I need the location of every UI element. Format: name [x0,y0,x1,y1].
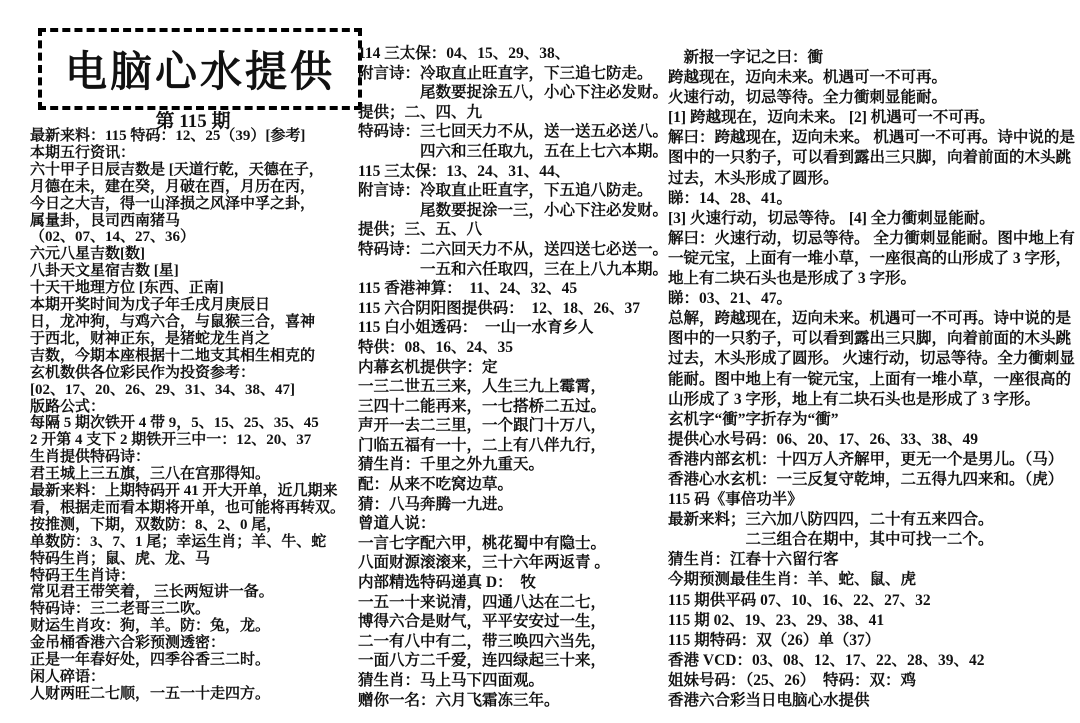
text-line: 特码诗：三七回天力不从，送一送五必送八。 [358,122,670,142]
text-line: 内部精选特码递真 D： 牧 [358,573,670,593]
text-line: 二一有八中有二，带三唤四六当先， [358,632,670,652]
text-line: 二三组合在期中，其中可找一二个。 [668,530,1080,550]
text-line: 姐妹号码：（25、26） 特码：双：鸡 [668,671,1080,691]
text-line: 115 香港神算： 11、24、32、45 [358,279,670,299]
text-line: 115 三太保：13、24、31、44、 [358,162,670,182]
page-title: 电脑心水提供 [65,39,335,99]
text-line: 提供；二、四、九 [358,103,670,123]
text-line: 博得六合是财气，平平安安过一生， [358,612,670,632]
text-line: 内幕玄机提供字：定 [358,358,670,378]
text-line: 115 六合阴阳图提供码： 12、18、26、37 [358,299,670,319]
text-line: [3] 火速行动，切忌等待。 [4] 全力衝刺显能耐。 [668,209,1080,229]
text-line: 火速行动，切忌等待。全力衝刺显能耐。 [668,88,1080,108]
text-line: 解曰：跨越现在，迈向未来。 机遇可一不可再。诗中说的是 [668,128,1080,148]
text-line: 属量卦，艮司西南猪马 [30,213,360,230]
text-line: 最新来料：115 特码：12、25（39）[参考] [30,128,360,145]
text-line: 六十甲子日辰吉数是 [天道行乾，天德在子， [30,162,360,179]
text-line: 八面财源滚滚来，三十六年两返青 。 [358,553,670,573]
text-line: 君王城上三五旗，三八在宫那得知。 [30,466,360,483]
text-line: 提供；三、五、八 [358,220,670,240]
text-line: 115 白小姐透码： 一山一水育乡人 [358,318,670,338]
text-line: 人财两旺二七顺，一五一十走四方。 [30,686,360,703]
text-line: 生肖提供特码诗： [30,449,360,466]
text-line: 115 期特码：双（26）单（37） [668,631,1080,651]
text-line: 按推测，下期，双数防：8、2、0 尾， [30,517,360,534]
text-line: 今日之大吉，得一山泽损之风泽中孚之卦， [30,196,360,213]
text-line: 财运生肖攻：狗，羊。防：兔，龙。 [30,618,360,635]
text-line: 玄机字“衝”字折存为“衝” [668,410,1080,430]
text-line: 特码诗：三二老哥三二吹。 [30,601,360,618]
text-line: 猜生肖：江春十六留行客 [668,550,1080,570]
text-line: 一面八方二千爱，连四绿起三十来， [358,651,670,671]
text-line: 版路公式： [30,399,360,416]
text-line: 地上有二块石头也是形成了 3 字形。 [668,269,1080,289]
text-line: 于西北，财神正东，是猪蛇龙生肖之 [30,331,360,348]
text-line: 附言诗：冷取直止旺直字，下三追七防走。 [358,64,670,84]
text-line: 今期预测最佳生肖：羊、蛇、鼠、虎 [668,570,1080,590]
text-line: 月德在未，建在癸，月破在酉，月历在丙， [30,179,360,196]
text-line: 115 期供平码 07、10、16、22、27、32 [668,591,1080,611]
text-line: 图中的一只豹子，可以看到露出三只脚，向着前面的木头跳 [668,148,1080,168]
text-line: 2 开第 4 支下 2 期铁开三中一：12、20、37 [30,432,360,449]
middle-column: 114 三太保：04、15、29、38、附言诗：冷取直止旺直字，下三追七防走。 … [358,44,670,710]
text-line: 三四十二能再来，一七搭桥二五过。 [358,397,670,417]
text-line: 特码王生肖诗： [30,568,360,585]
text-line: 跨越现在，迈向未来。机遇可一不可再。 [668,68,1080,88]
text-line: 一五和六任取四，三在上八九本期。 [358,260,670,280]
text-line: 睇：03、21、47。 [668,289,1080,309]
text-line: 过去，木头形成了圆形。 [668,169,1080,189]
text-line: 总解，跨越现在，迈向未来。机遇可一不可再。诗中说的是 [668,309,1080,329]
title-box: 电脑心水提供 [38,28,362,110]
text-line: （02、07、14、27、36） [30,229,360,246]
text-line: 尾数要捉涂一三，小心下注必发财。 [358,201,670,221]
text-line: 日，龙冲狗，与鸡六合，与鼠猴三合，喜神 [30,314,360,331]
text-line: 赠你一名：六月飞霜冻三年。 [358,691,670,711]
text-line: 玄机数供各位彩民作为投资参考： [30,365,360,382]
text-line: 单数防：3、7、1 尾；幸运生肖；羊、牛、蛇 [30,534,360,551]
text-line: 香港 VCD：03、08、12、17、22、28、39、42 [668,651,1080,671]
text-line: 114 三太保：04、15、29、38、 [358,44,670,64]
text-line: 猜生肖：马上马下四面观。 [358,671,670,691]
text-line: 睇：14、28、41。 [668,189,1080,209]
text-line: 能耐。图中地上有一锭元宝，上面有一堆小草，一座很高的 [668,370,1080,390]
text-line: 香港内部玄机：十四万人齐解甲，更无一个是男儿。（马） [668,450,1080,470]
text-line: 尾数要捉涂五八，小心下注必发财。 [358,83,670,103]
text-line: 香港心水玄机：一三反复守乾坤，二五得九四来和。（虎） [668,470,1080,490]
text-line: 过去，木头形成了圆形。 火速行动，切忌等待。全力衝刺显 [668,349,1080,369]
text-line: 图中的一只豹子，可以看到露出三只脚，向着前面的木头跳 [668,329,1080,349]
text-line: 正是一年春好处，四季谷香三二时。 [30,652,360,669]
text-line: 每隔 5 期次铁开 4 带 9，5、15、25、35、45 [30,415,360,432]
text-line: 本期开奖时间为戊子年壬戌月庚辰日 [30,297,360,314]
text-line: 特供：08、16、24、35 [358,338,670,358]
right-column: 新报一字记之曰：衝跨越现在，迈向未来。机遇可一不可再。火速行动，切忌等待。全力衝… [668,48,1080,711]
text-line: 声开一去二三里，一个跟门十万八， [358,416,670,436]
left-column: 最新来料：115 特码：12、25（39）[参考]本期五行资讯：六十甲子日辰吉数… [30,128,360,703]
text-line: 特码诗：二六回天力不从，送四送七必送一。 [358,240,670,260]
text-line: 特码生肖；鼠、虎、龙、马 [30,551,360,568]
text-line: 解曰：火速行动，切忌等待。 全力衝刺显能耐。图中地上有 [668,229,1080,249]
text-line: 附言诗：冷取直止旺直字，下五追八防走。 [358,181,670,201]
text-line: 猜：八马奔腾一九进。 [358,495,670,515]
text-line: 吉数，今期本座根据十二地支其相生相克的 [30,348,360,365]
text-line: 最新来料：上期特码开 41 开大开单，近几期来 [30,483,360,500]
text-line: 常见君王带笑着， 三长两短讲一备。 [30,584,360,601]
text-line: 门临五福有一十，二上有八伴九行， [358,436,670,456]
text-line: 六元八星吉数[数] [30,246,360,263]
text-line: 看，根据走而看本期将开单，也可能将再转双。 [30,500,360,517]
text-line: 配：从来不吃窝边草。 [358,475,670,495]
text-line: 闲人碎语： [30,669,360,686]
text-line: 提供心水号码：06、20、17、26、33、38、49 [668,430,1080,450]
text-line: 115 码《事倍功半》 [668,490,1080,510]
text-line: 一言七字配六甲，桃花蜀中有隐士。 [358,534,670,554]
text-line: 115 期 02、19、23、29、38、41 [668,611,1080,631]
text-line: 金吊桶香港六合彩预测透密： [30,635,360,652]
text-line: 山形成了 3 字形，地上有二块石头也是形成了 3 字形。 [668,390,1080,410]
text-line: 一三二世五三来，人生三九上霉霄， [358,377,670,397]
text-line: 本期五行资讯： [30,145,360,162]
text-line: 一锭元宝，上面有一堆小草，一座很高的山形成了 3 字形， [668,249,1080,269]
text-line: 最新来料；三六加八防四四，二十有五来四合。 [668,510,1080,530]
text-line: 猜生肖：千里之外九重天。 [358,455,670,475]
text-line: 一五一十来说清，四通八达在二七， [358,593,670,613]
text-line: 新报一字记之曰：衝 [668,48,1080,68]
text-line: 香港六合彩当日电脑心水提供 [668,691,1080,711]
text-line: [02、17、20、26、29、31、34、38、47] [30,382,360,399]
text-line: 十天干地理方位 [东西、正南] [30,280,360,297]
text-line: 曾道人说： [358,514,670,534]
text-line: [1] 跨越现在，迈向未来。 [2] 机遇可一不可再。 [668,108,1080,128]
text-line: 八卦天文星宿吉数 [星] [30,263,360,280]
text-line: 四六和三任取九，五在上七六本期。 [358,142,670,162]
